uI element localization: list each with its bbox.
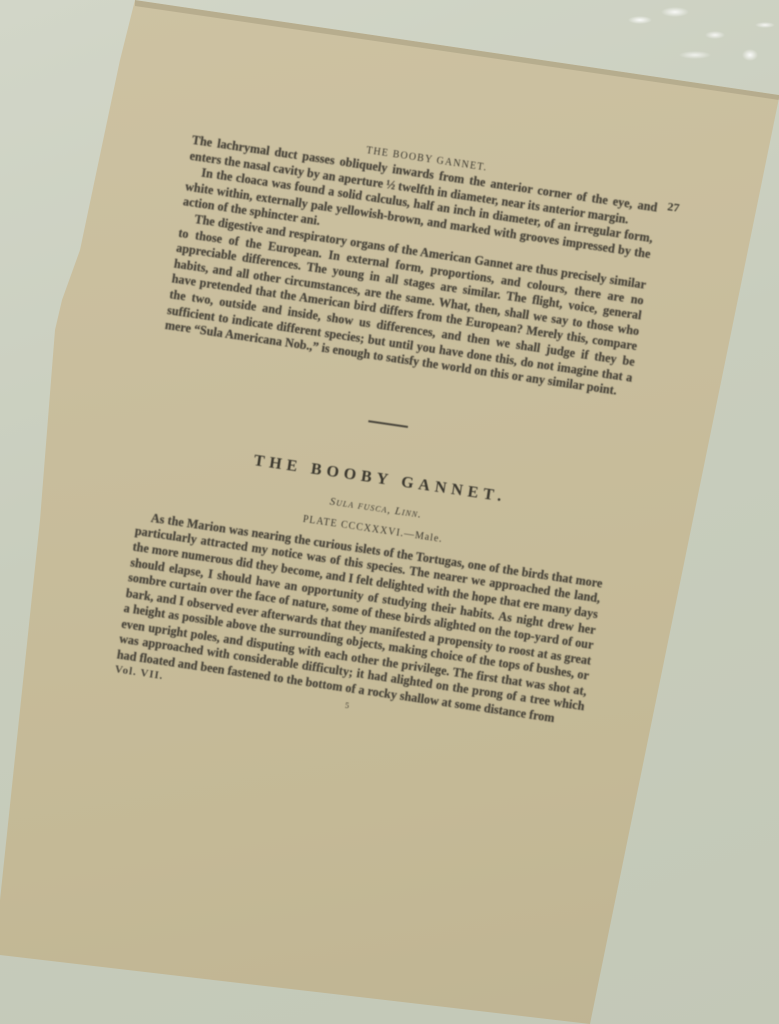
page-number: 27 — [666, 199, 680, 216]
paragraph: As the Marion was nearing the curious is… — [116, 509, 604, 731]
section-divider — [368, 420, 408, 428]
page-content: THE BOOBY GANNET. 27 The lachrymal duct … — [114, 120, 660, 744]
